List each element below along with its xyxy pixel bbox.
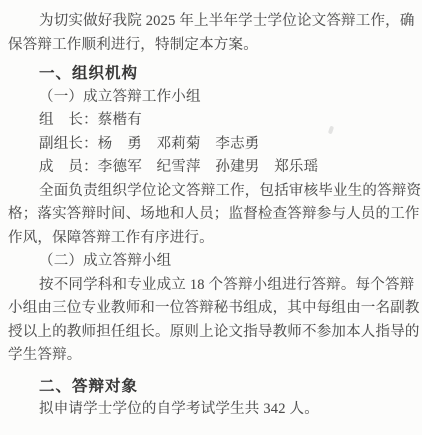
document-line: 小组由三位专业教师和一位答辩秘书组成，其中每组由一名副教 <box>8 297 412 321</box>
document-line: （二）成立答辩小组 <box>8 250 412 274</box>
document-line: 副组长：杨 勇 邓莉菊 李志勇 <box>8 133 412 157</box>
document-line: 全面负责组织学位论文答辩工作，包括审核毕业生的答辩资 <box>8 180 412 204</box>
document-line: 为切实做好我院 2025 年上半年学士学位论文答辩工作，确 <box>8 10 412 34</box>
document-line: （一）成立答辩工作小组 <box>8 86 412 110</box>
document-page: 为切实做好我院 2025 年上半年学士学位论文答辩工作，确保答辩工作顺利进行，特… <box>0 0 422 435</box>
document-line: 学生答辩。 <box>8 344 412 368</box>
document-line: 按不同学科和专业成立 18 个答辩小组进行答辩。每个答辩 <box>8 274 412 298</box>
document-line: 格；落实答辩时间、场地和人员；监督检查答辩参与人员的工作 <box>8 203 412 227</box>
document-line: 组 长：蔡楷有 <box>8 109 412 133</box>
section-heading: 二、答辩对象 <box>8 375 412 399</box>
document-line: 保答辩工作顺利进行，特制定本方案。 <box>8 34 412 58</box>
section-heading: 一、组织机构 <box>8 62 412 86</box>
document-body: 为切实做好我院 2025 年上半年学士学位论文答辩工作，确保答辩工作顺利进行，特… <box>8 10 412 422</box>
document-line: 成 员：李德军 纪雪萍 孙建男 郑乐瑶 <box>8 156 412 180</box>
document-line: 授以上的教师担任组长。原则上论文指导教师不参加本人指导的 <box>8 321 412 345</box>
document-lines: 为切实做好我院 2025 年上半年学士学位论文答辩工作，确保答辩工作顺利进行，特… <box>8 10 412 422</box>
document-line: 作风，保障答辩工作有序进行。 <box>8 227 412 251</box>
document-line: 拟申请学士学位的自学考试学生共 342 人。 <box>8 398 412 422</box>
